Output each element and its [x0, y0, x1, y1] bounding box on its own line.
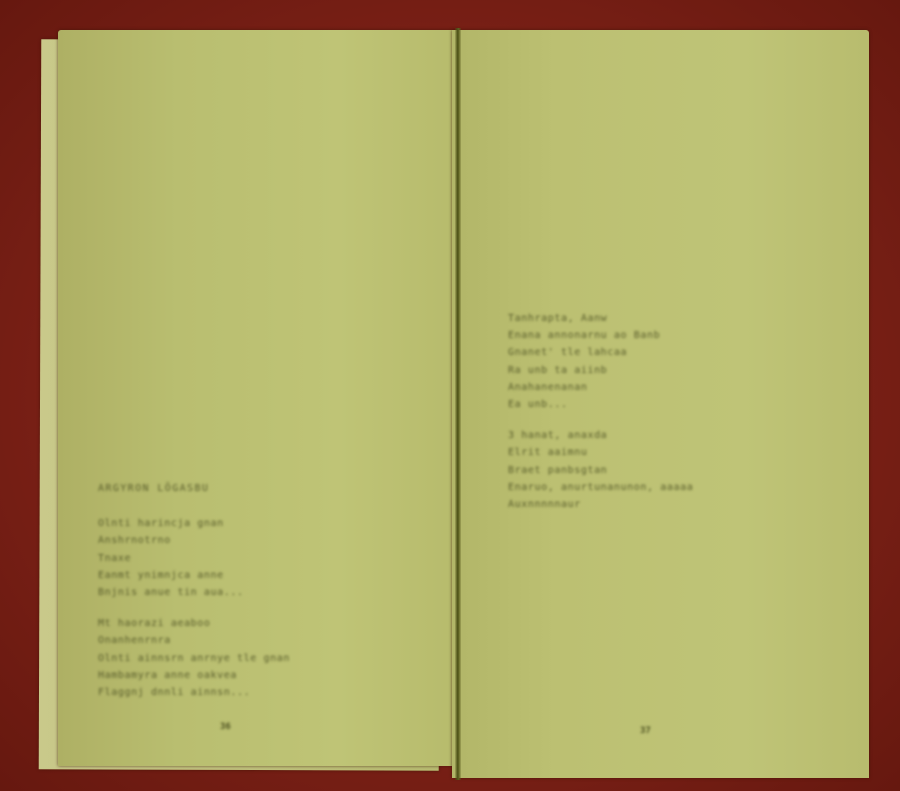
- poem-line: Ea unb...: [508, 396, 693, 413]
- poem-line: Bnjnis anue tin aua...: [98, 584, 290, 601]
- poem-line: Olnti harincja gnan: [98, 515, 290, 532]
- left-page-number: 36: [220, 722, 231, 732]
- left-poem: ARGYRON LÖGASBU Olnti harincja gnan Ansh…: [98, 480, 290, 715]
- poem-line: Gnanet' tle lahcaa: [508, 344, 693, 361]
- poem-line: Tanhrapta, Aanw: [508, 310, 693, 327]
- poem-line: Mt haorazi aeaboo: [98, 615, 290, 632]
- left-stanza-1: Olnti harincja gnan Anshrnotrno Tnaxe Ea…: [98, 515, 290, 601]
- poem-line: Ra unb ta aiinb: [508, 362, 693, 379]
- poem-line: Elrit aaimnu: [508, 444, 693, 461]
- poem-line: Eanmt ynimnjca anne: [98, 567, 290, 584]
- poem-line: Flaggnj dnnli ainnsn...: [98, 684, 290, 701]
- right-poem: Tanhrapta, Aanw Enana annonarnu ao Banb …: [508, 310, 693, 527]
- poem-title: ARGYRON LÖGASBU: [98, 480, 290, 497]
- right-page-number: 37: [640, 726, 651, 736]
- book-gutter: [455, 28, 461, 780]
- poem-line: Anshrnotrno: [98, 532, 290, 549]
- poem-line: Tnaxe: [98, 550, 290, 567]
- right-stanza-2: 3 hanat, anaxda Elrit aaimnu Braet panbs…: [508, 427, 693, 513]
- poem-line: Anahanenanan: [508, 379, 693, 396]
- poem-line: Hambamyra anne oakvea: [98, 667, 290, 684]
- poem-line: Onanhenrnra: [98, 632, 290, 649]
- poem-line: Enana annonarnu ao Banb: [508, 327, 693, 344]
- poem-line: Braet panbsgtan: [508, 462, 693, 479]
- poem-line: Olnti ainnsrn anrnye tle gnan: [98, 650, 290, 667]
- left-stanza-2: Mt haorazi aeaboo Onanhenrnra Olnti ainn…: [98, 615, 290, 701]
- poem-line: Enaruo, anurtunanunon, aaaaa: [508, 479, 693, 496]
- right-stanza-1: Tanhrapta, Aanw Enana annonarnu ao Banb …: [508, 310, 693, 413]
- poem-line: 3 hanat, anaxda: [508, 427, 693, 444]
- poem-line: Auxnnnnnaur: [508, 496, 693, 513]
